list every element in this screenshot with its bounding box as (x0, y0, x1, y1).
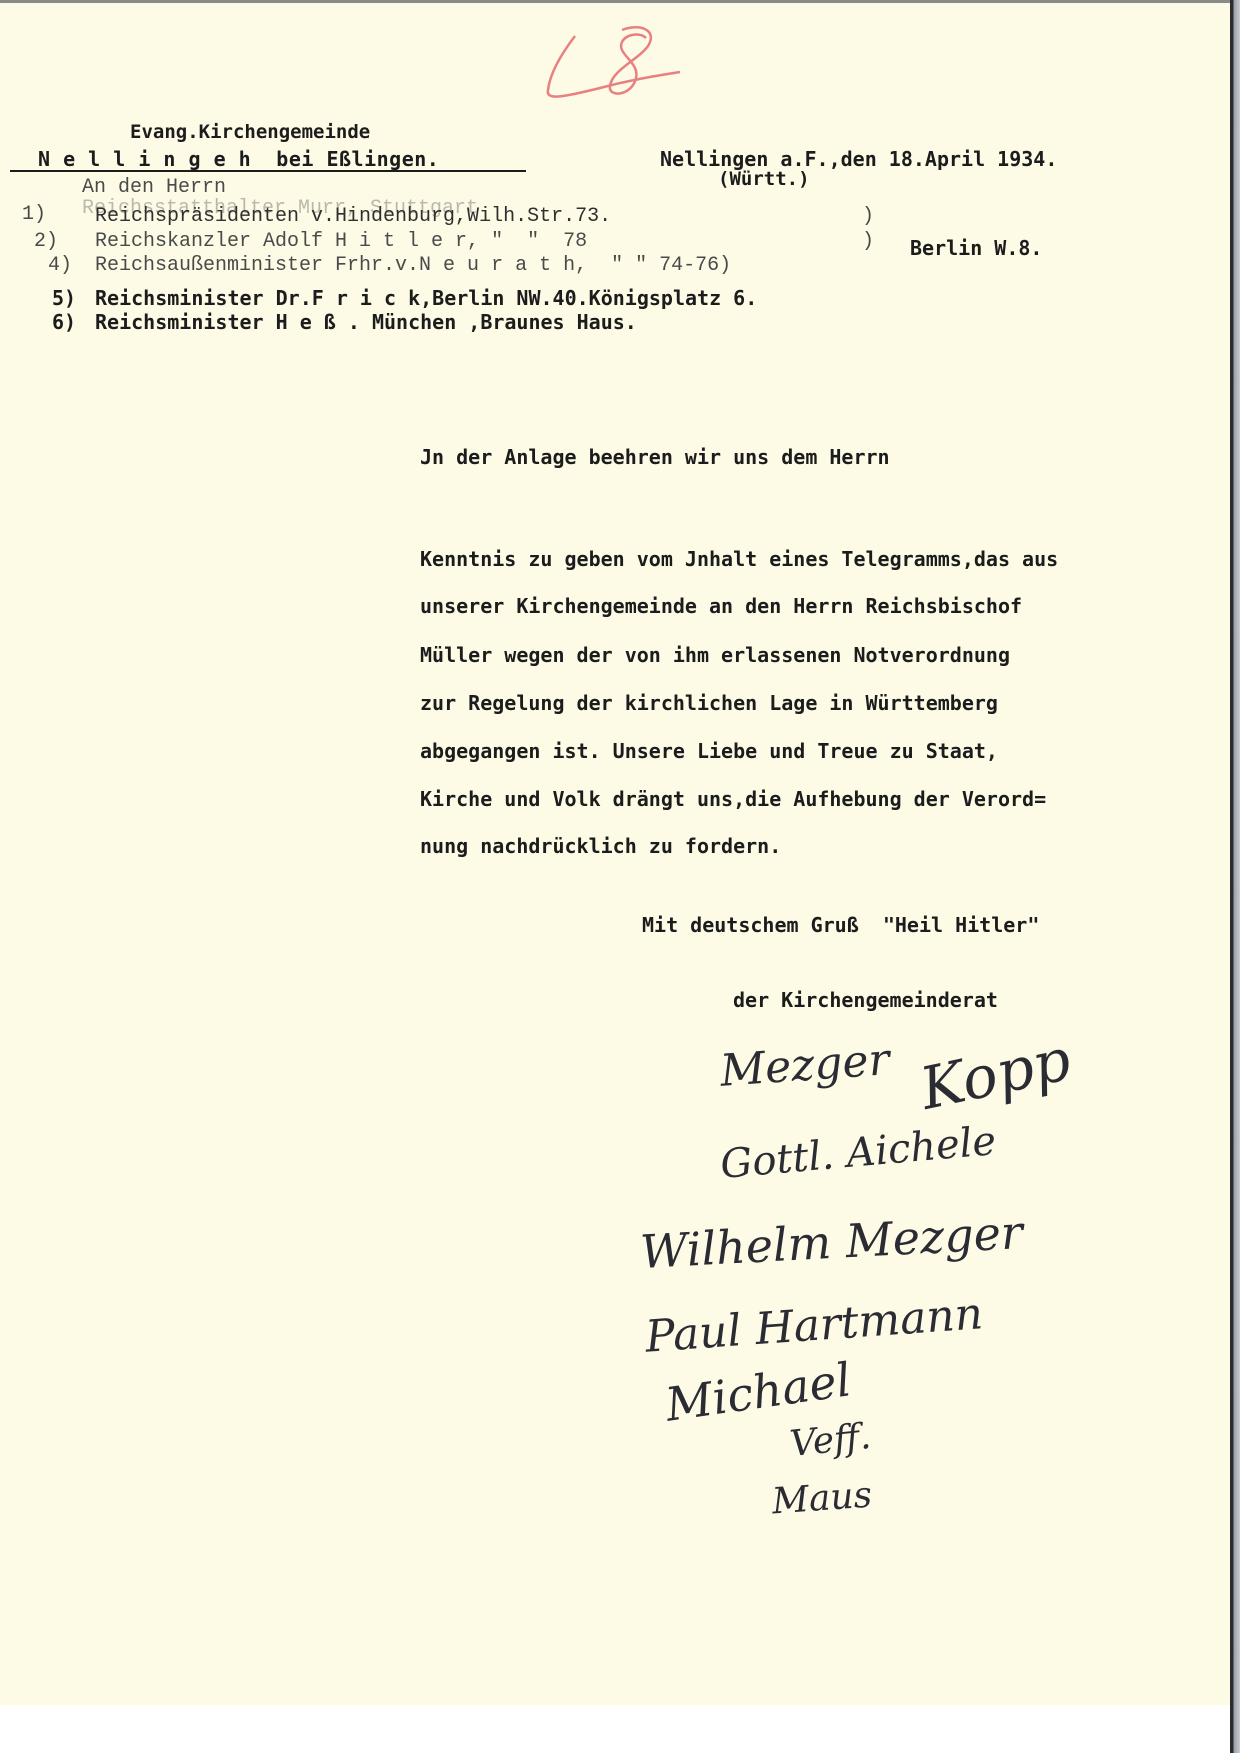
signature: Maus (771, 1475, 874, 1523)
recipient-bracket: ) (862, 232, 874, 252)
letterhead-line2: N e l l i n g e h bei Eßlingen. (38, 149, 439, 169)
body-line: abgegangen ist. Unsere Liebe und Treue z… (420, 741, 998, 761)
body-line: Müller wegen der von ihm erlassenen Notv… (420, 645, 1010, 665)
recipients-city: Berlin W.8. (910, 238, 1042, 258)
archive-number-mark (540, 18, 690, 108)
body-line: Kirche und Volk drängt uns,die Aufhebung… (420, 789, 1046, 809)
recipient-text: Reichsaußenminister Frhr.v.N e u r a t h… (95, 256, 731, 276)
letterhead-line1: Evang.Kirchengemeinde (130, 123, 370, 142)
closing-sender: der Kirchengemeinderat (733, 990, 998, 1010)
place-date-state: (Württ.) (718, 170, 810, 189)
recipient-text: Reichspräsidenten v.Hindenburg,Wilh.Str.… (95, 207, 611, 227)
recipient-bracket: ) (862, 207, 874, 227)
body-line: Jn der Anlage beehren wir uns dem Herrn (420, 447, 890, 467)
letterhead-underline (10, 170, 526, 172)
recipient-text: Reichsminister H e ß . München ,Braunes … (95, 312, 637, 332)
recipient-number: 4) (48, 256, 72, 276)
recipient-text: Reichsminister Dr.F r i c k,Berlin NW.40… (95, 288, 757, 308)
recipient-number: 5) (52, 288, 76, 308)
body-line: nung nachdrücklich zu fordern. (420, 836, 781, 856)
addressee-intro: An den Herrn (82, 178, 226, 198)
recipient-text: Reichskanzler Adolf H i t l e r, " " 78 (95, 232, 587, 252)
signature: Veff. (788, 1416, 873, 1465)
body-line: Kenntnis zu geben vom Jnhalt eines Teleg… (420, 549, 1058, 569)
scan-edge (1230, 0, 1240, 1753)
recipient-number: 1) (22, 205, 46, 225)
body-line: zur Regelung der kirchlichen Lage in Wür… (420, 693, 998, 713)
recipient-number: 6) (52, 312, 76, 332)
recipient-number: 2) (34, 232, 58, 252)
closing-greeting: Mit deutschem Gruß "Heil Hitler" (642, 915, 1039, 935)
body-line: unserer Kirchengemeinde an den Herrn Rei… (420, 596, 1022, 616)
place-date: Nellingen a.F.,den 18.April 1934. (660, 149, 1057, 169)
